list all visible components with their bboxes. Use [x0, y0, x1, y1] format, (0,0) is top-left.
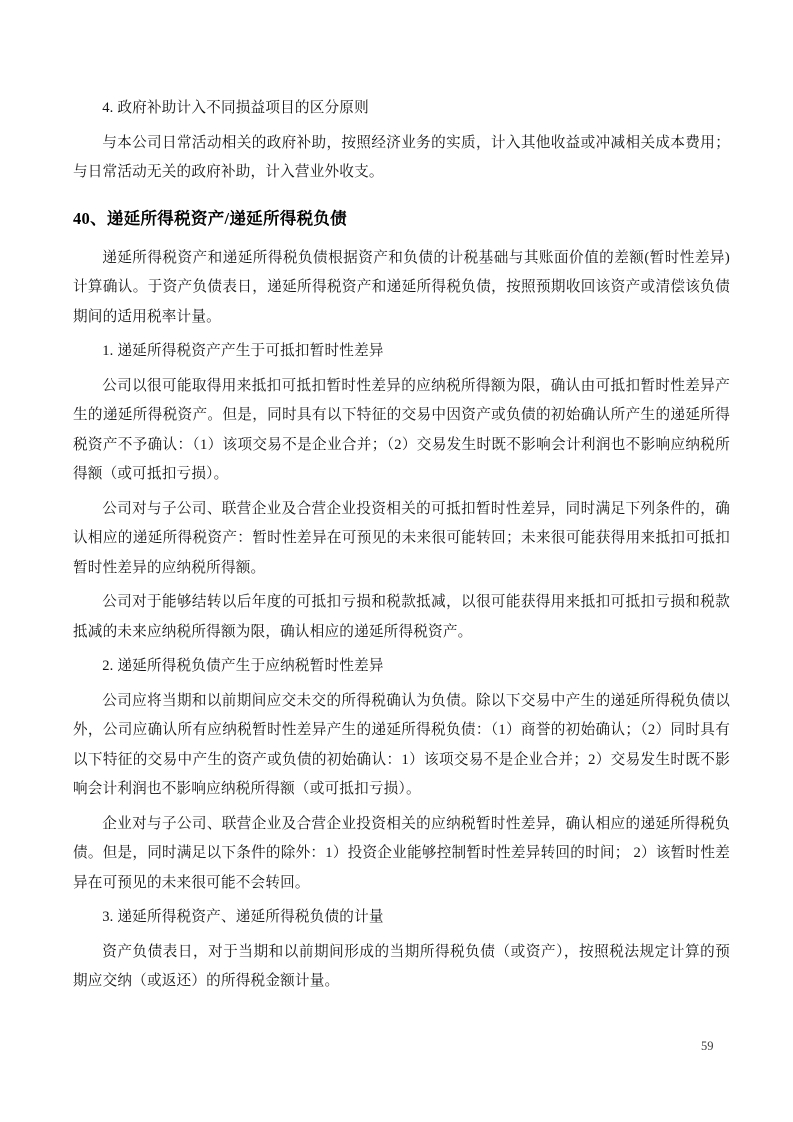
page-number: 59 [701, 1037, 714, 1055]
paragraph-carryforward-losses: 公司对于能够结转以后年度的可抵扣亏损和税款抵减，以很可能获得用来抵扣可抵扣亏损和… [73, 588, 730, 647]
paragraph-deferred-tax-liabilities-recognition: 公司应将当期和以前期间应交未交的所得税确认为负债。除以下交易中产生的递延所得税负… [73, 687, 730, 805]
clause-heading-measurement: 3. 递延所得税资产、递延所得税负债的计量 [73, 903, 730, 933]
document-page: 4. 政府补助计入不同损益项目的区分原则 与本公司日常活动相关的政府补助，按照经… [0, 0, 793, 1122]
clause-heading-deductible-differences: 1. 递延所得税资产产生于可抵扣暂时性差异 [73, 337, 730, 367]
paragraph-deferred-tax-assets-recognition: 公司以很可能取得用来抵扣可抵扣暂时性差异的应纳税所得额为限，确认由可抵扣暂时性差… [73, 372, 730, 490]
paragraph-measurement: 资产负债表日，对于当期和以前期间形成的当期所得税负债（或资产），按照税法规定计算… [73, 938, 730, 997]
paragraph-deferred-tax-intro: 递延所得税资产和递延所得税负债根据资产和负债的计税基础与其账面价值的差额(暂时性… [73, 244, 730, 333]
clause-heading-government-grants: 4. 政府补助计入不同损益项目的区分原则 [73, 94, 730, 124]
paragraph-government-grants: 与本公司日常活动相关的政府补助，按照经济业务的实质，计入其他收益或冲减相关成本费… [73, 129, 730, 188]
paragraph-subsidiary-investments-liabilities: 企业对与子公司、联营企业及合营企业投资相关的应纳税暂时性差异，确认相应的递延所得… [73, 810, 730, 899]
clause-heading-taxable-differences: 2. 递延所得税负债产生于应纳税暂时性差异 [73, 652, 730, 682]
page-content: 4. 政府补助计入不同损益项目的区分原则 与本公司日常活动相关的政府补助，按照经… [73, 94, 730, 1002]
section-heading-deferred-tax: 40、递延所得税资产/递延所得税负债 [73, 204, 730, 234]
paragraph-subsidiary-investments-assets: 公司对与子公司、联营企业及合营企业投资相关的可抵扣暂时性差异，同时满足下列条件的… [73, 495, 730, 584]
